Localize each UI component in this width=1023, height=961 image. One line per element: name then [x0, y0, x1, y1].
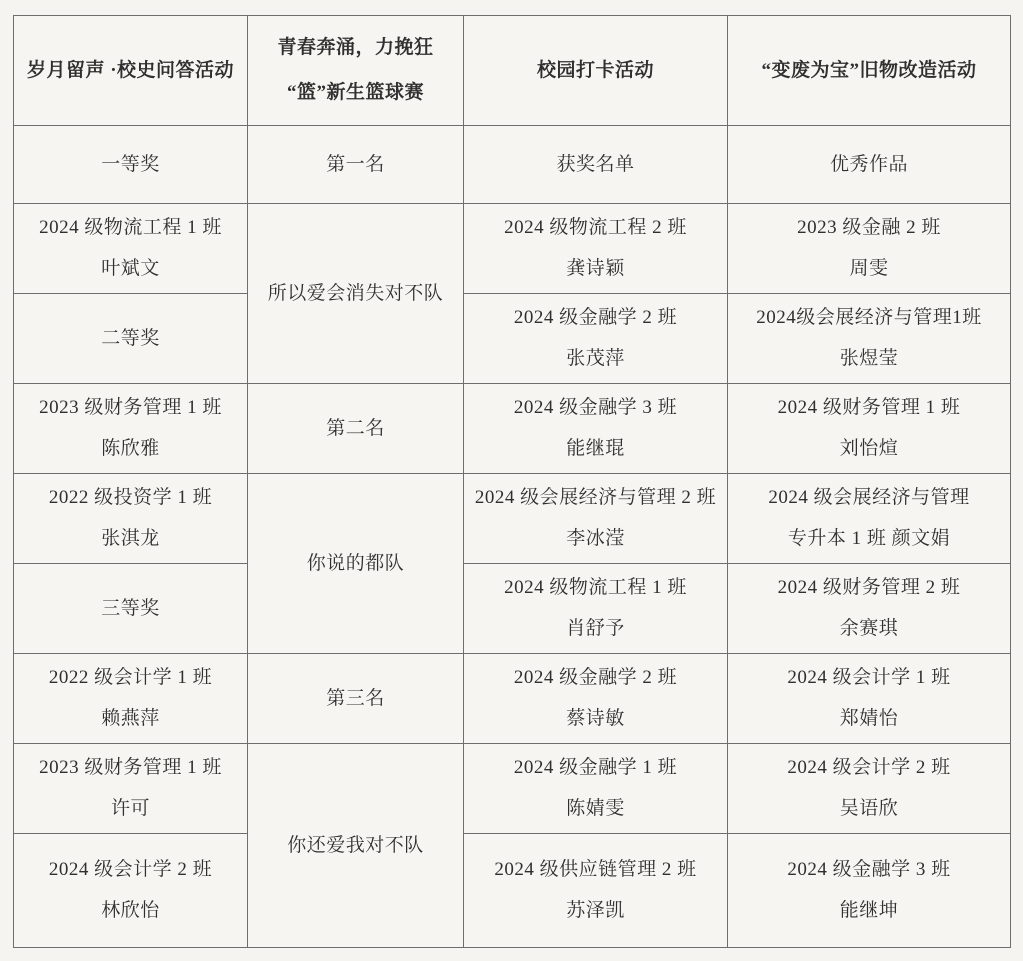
cell-line: 二等奖	[24, 326, 237, 352]
table-row: 2023 级财务管理 1 班陈欣雅第二名2024 级金融学 3 班能继琨2024…	[14, 384, 1011, 474]
cell-line: 2024 级金融学 3 班	[474, 395, 717, 421]
table-cell: 第三名	[248, 654, 464, 744]
cell-line: 能继坤	[738, 898, 1000, 924]
cell-line: 2024 级物流工程 2 班	[474, 215, 717, 241]
cell-line: 蔡诗敏	[474, 706, 717, 732]
table-row: 三等奖2024 级物流工程 1 班肖舒予2024 级财务管理 2 班余赛琪	[14, 564, 1011, 654]
cell-line: 陈欣雅	[24, 436, 237, 462]
cell-line: 获奖名单	[474, 152, 717, 178]
cell-line: 你还爱我对不队	[258, 833, 453, 859]
cell-line: 2024 级会计学 2 班	[738, 755, 1000, 781]
header-cell-line: “篮”新生篮球赛	[258, 80, 453, 106]
table-cell: 2022 级会计学 1 班赖燕萍	[14, 654, 248, 744]
header-cell: 岁月留声 ·校史问答活动	[14, 16, 248, 126]
header-cell: 青春奔涌，力挽狂“篮”新生篮球赛	[248, 16, 464, 126]
cell-line: 2024 级金融学 1 班	[474, 755, 717, 781]
cell-line: 2023 级金融 2 班	[738, 215, 1000, 241]
table-cell: 2023 级金融 2 班周雯	[728, 204, 1011, 294]
table-cell: 2024 级会计学 2 班吴语欣	[728, 744, 1011, 834]
cell-line: 龚诗颖	[474, 256, 717, 282]
cell-line: 郑婧怡	[738, 706, 1000, 732]
cell-line: 一等奖	[24, 152, 237, 178]
cell-line: 第一名	[258, 152, 453, 178]
table-row: 2022 级投资学 1 班张淇龙你说的都队2024 级会展经济与管理 2 班李冰…	[14, 474, 1011, 564]
table-header: 岁月留声 ·校史问答活动青春奔涌，力挽狂“篮”新生篮球赛校园打卡活动“变废为宝”…	[14, 16, 1011, 126]
cell-line: 你说的都队	[258, 551, 453, 577]
table-cell: 2024 级会计学 1 班郑婧怡	[728, 654, 1011, 744]
cell-line: 吴语欣	[738, 796, 1000, 822]
cell-line: 张煜莹	[738, 346, 1000, 372]
header-cell: “变废为宝”旧物改造活动	[728, 16, 1011, 126]
table-cell: 2024 级金融学 1 班陈婧雯	[464, 744, 728, 834]
cell-line: 第三名	[258, 686, 453, 712]
cell-line: 所以爱会消失对不队	[258, 281, 453, 307]
table-cell: 2024 级会展经济与管理 2 班李冰滢	[464, 474, 728, 564]
table-cell: 2022 级投资学 1 班张淇龙	[14, 474, 248, 564]
cell-line: 2024 级金融学 2 班	[474, 665, 717, 691]
table-cell: 2024 级金融学 3 班能继坤	[728, 834, 1011, 948]
table-cell: 2024 级物流工程 1 班叶斌文	[14, 204, 248, 294]
cell-line: 张茂萍	[474, 346, 717, 372]
cell-line: 2024 级会展经济与管理	[738, 485, 1000, 511]
table-cell: 2024 级供应链管理 2 班苏泽凯	[464, 834, 728, 948]
table-cell: 优秀作品	[728, 126, 1011, 204]
cell-line: 张淇龙	[24, 526, 237, 552]
cell-line: 林欣怡	[24, 898, 237, 924]
table-cell: 2023 级财务管理 1 班陈欣雅	[14, 384, 248, 474]
table-cell: 三等奖	[14, 564, 248, 654]
table-cell: 2024 级物流工程 1 班肖舒予	[464, 564, 728, 654]
cell-line: 肖舒予	[474, 616, 717, 642]
header-row: 岁月留声 ·校史问答活动青春奔涌，力挽狂“篮”新生篮球赛校园打卡活动“变废为宝”…	[14, 16, 1011, 126]
cell-line: 能继琨	[474, 436, 717, 462]
table-cell: 二等奖	[14, 294, 248, 384]
awards-table: 岁月留声 ·校史问答活动青春奔涌，力挽狂“篮”新生篮球赛校园打卡活动“变废为宝”…	[13, 15, 1011, 948]
cell-line: 2024 级物流工程 1 班	[474, 575, 717, 601]
table-cell: 2024 级财务管理 2 班余赛琪	[728, 564, 1011, 654]
cell-line: 专升本 1 班 颜文娟	[738, 526, 1000, 552]
table-row: 2022 级会计学 1 班赖燕萍第三名2024 级金融学 2 班蔡诗敏2024 …	[14, 654, 1011, 744]
table-cell: 获奖名单	[464, 126, 728, 204]
table-cell: 2024 级金融学 3 班能继琨	[464, 384, 728, 474]
cell-line: 2024 级物流工程 1 班	[24, 215, 237, 241]
table-row: 2023 级财务管理 1 班许可你还爱我对不队2024 级金融学 1 班陈婧雯2…	[14, 744, 1011, 834]
cell-line: 2024 级会展经济与管理 2 班	[474, 485, 717, 511]
cell-line: 陈婧雯	[474, 796, 717, 822]
header-cell-line: 青春奔涌，力挽狂	[258, 35, 453, 61]
header-cell-line: “变废为宝”旧物改造活动	[738, 58, 1000, 84]
cell-line: 2022 级会计学 1 班	[24, 665, 237, 691]
cell-line: 苏泽凯	[474, 898, 717, 924]
header-cell-line: 校园打卡活动	[474, 58, 717, 84]
cell-line: 2024 级金融学 2 班	[474, 305, 717, 331]
cell-line: 许可	[24, 796, 237, 822]
cell-line: 李冰滢	[474, 526, 717, 552]
table-cell: 所以爱会消失对不队	[248, 204, 464, 384]
cell-line: 2024 级会计学 1 班	[738, 665, 1000, 691]
table-cell: 2024 级会计学 2 班林欣怡	[14, 834, 248, 948]
cell-line: 叶斌文	[24, 256, 237, 282]
cell-line: 2024 级金融学 3 班	[738, 857, 1000, 883]
cell-line: 2024 级财务管理 1 班	[738, 395, 1000, 421]
table-cell: 第二名	[248, 384, 464, 474]
cell-line: 2022 级投资学 1 班	[24, 485, 237, 511]
cell-line: 2024 级财务管理 2 班	[738, 575, 1000, 601]
cell-line: 2024 级供应链管理 2 班	[474, 857, 717, 883]
table-cell: 你说的都队	[248, 474, 464, 654]
table-row: 二等奖2024 级金融学 2 班张茂萍2024级会展经济与管理1班张煜莹	[14, 294, 1011, 384]
table-cell: 2024 级金融学 2 班蔡诗敏	[464, 654, 728, 744]
cell-line: 三等奖	[24, 596, 237, 622]
table-cell: 2023 级财务管理 1 班许可	[14, 744, 248, 834]
table-cell: 2024 级金融学 2 班张茂萍	[464, 294, 728, 384]
table-cell: 2024 级财务管理 1 班刘怡煊	[728, 384, 1011, 474]
cell-line: 赖燕萍	[24, 706, 237, 732]
cell-line: 2023 级财务管理 1 班	[24, 755, 237, 781]
table-row: 2024 级会计学 2 班林欣怡2024 级供应链管理 2 班苏泽凯2024 级…	[14, 834, 1011, 948]
table-cell: 2024 级物流工程 2 班龚诗颖	[464, 204, 728, 294]
cell-line: 2024级会展经济与管理1班	[738, 305, 1000, 331]
page: 岁月留声 ·校史问答活动青春奔涌，力挽狂“篮”新生篮球赛校园打卡活动“变废为宝”…	[0, 0, 1023, 961]
header-cell: 校园打卡活动	[464, 16, 728, 126]
table-cell: 第一名	[248, 126, 464, 204]
table-row: 2024 级物流工程 1 班叶斌文所以爱会消失对不队2024 级物流工程 2 班…	[14, 204, 1011, 294]
table-cell: 2024级会展经济与管理1班张煜莹	[728, 294, 1011, 384]
cell-line: 刘怡煊	[738, 436, 1000, 462]
cell-line: 第二名	[258, 416, 453, 442]
header-cell-line: 岁月留声 ·校史问答活动	[24, 58, 237, 84]
cell-line: 2024 级会计学 2 班	[24, 857, 237, 883]
table-cell: 一等奖	[14, 126, 248, 204]
cell-line: 优秀作品	[738, 152, 1000, 178]
table-cell: 2024 级会展经济与管理专升本 1 班 颜文娟	[728, 474, 1011, 564]
table-body: 一等奖第一名获奖名单优秀作品2024 级物流工程 1 班叶斌文所以爱会消失对不队…	[14, 126, 1011, 948]
table-row: 一等奖第一名获奖名单优秀作品	[14, 126, 1011, 204]
cell-line: 2023 级财务管理 1 班	[24, 395, 237, 421]
cell-line: 周雯	[738, 256, 1000, 282]
table-cell: 你还爱我对不队	[248, 744, 464, 948]
cell-line: 余赛琪	[738, 616, 1000, 642]
